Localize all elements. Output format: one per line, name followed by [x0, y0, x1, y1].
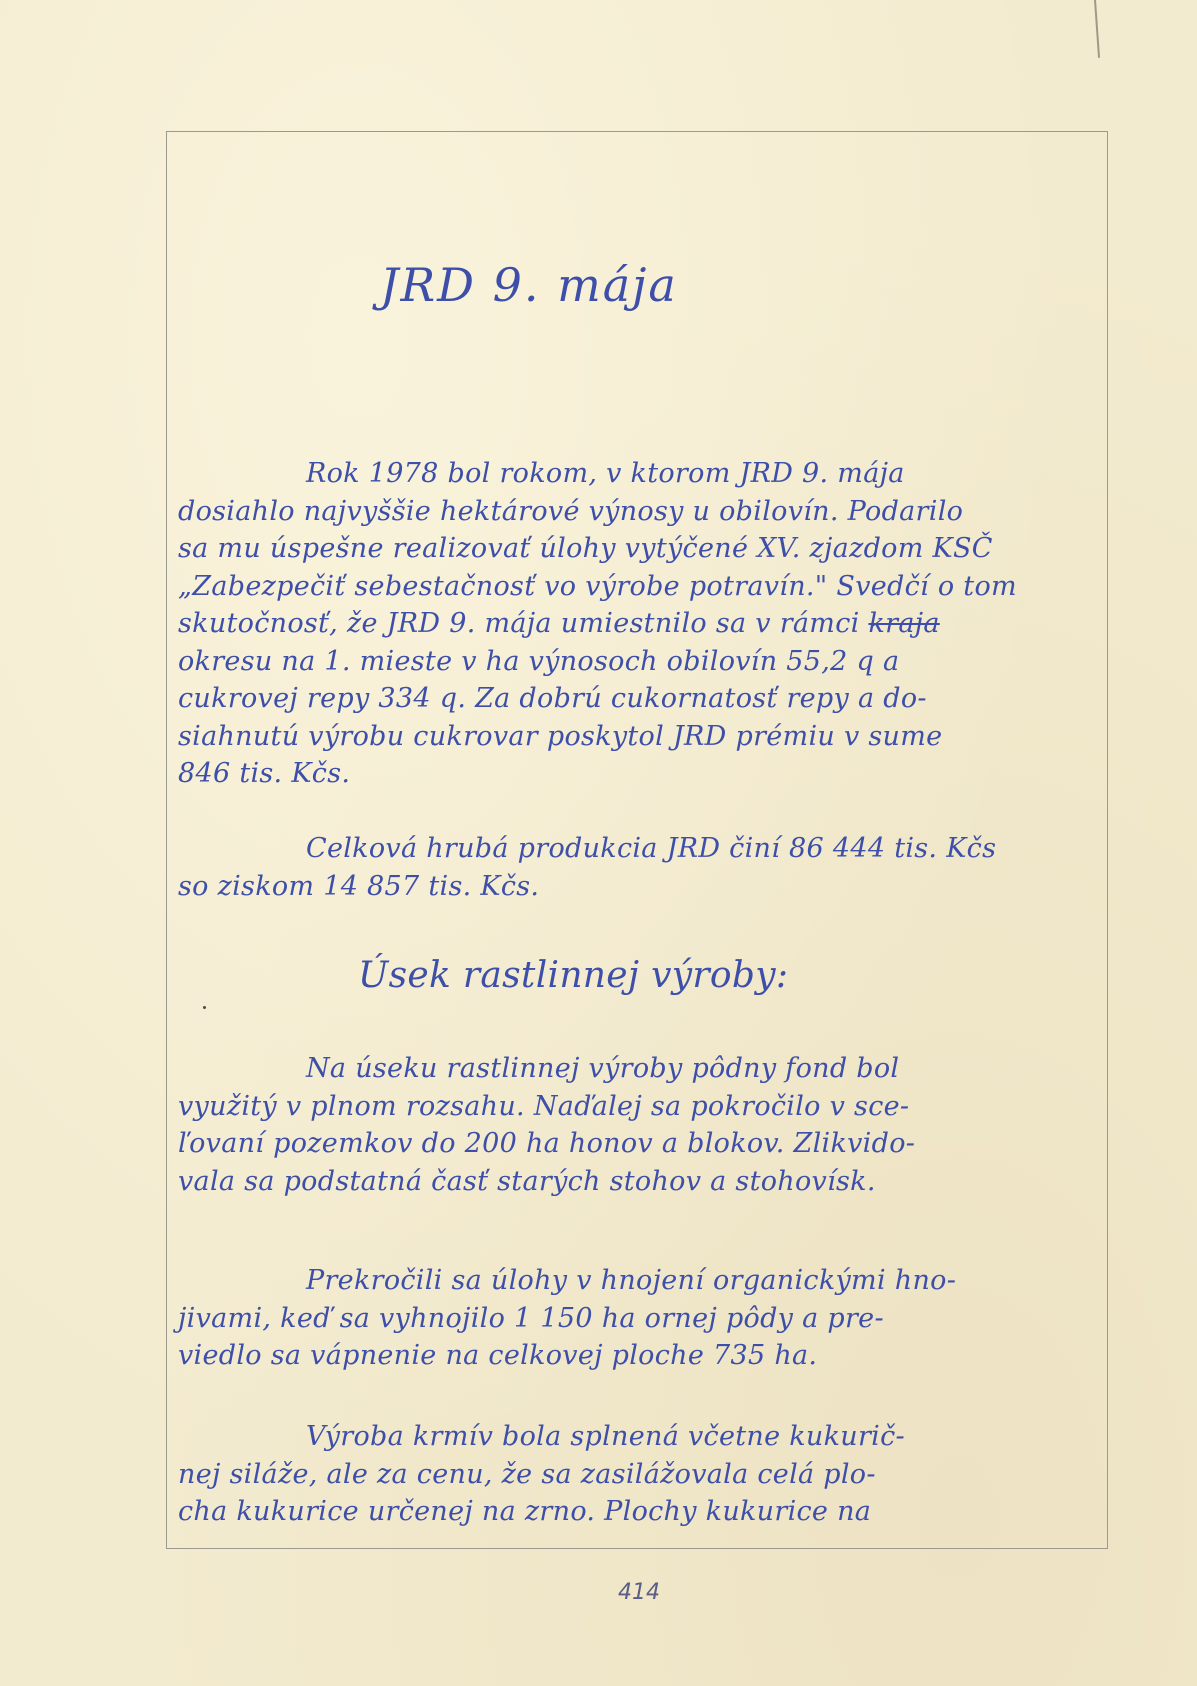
text-line: vala sa podstatná časť starých stohov a … — [178, 1163, 1088, 1201]
section-heading: Úsek rastlinnej výroby: — [358, 955, 788, 996]
text-line: využitý v plnom rozsahu. Naďalej sa pokr… — [178, 1088, 1088, 1126]
paragraph-intro: Rok 1978 bol rokom, v ktorom JRD 9. mája… — [178, 455, 1088, 793]
text-line: siahnutú výrobu cukrovar poskytol JRD pr… — [178, 718, 1088, 756]
text-line: ľovaní pozemkov do 200 ha honov a blokov… — [178, 1125, 1088, 1163]
page-number: 414 — [618, 1580, 660, 1605]
struck-word: kraja — [868, 608, 939, 639]
text-line: „Zabezpečiť sebestačnosť vo výrobe potra… — [178, 568, 1088, 606]
text-line: cukrovej repy 334 q. Za dobrú cukornatos… — [178, 680, 1088, 718]
text-line: 846 tis. Kčs. — [178, 755, 1088, 793]
text-line: so ziskom 14 857 tis. Kčs. — [178, 868, 1088, 906]
text-line: nej siláže, ale za cenu, že sa zasilážov… — [178, 1456, 1088, 1494]
text-line: Výroba krmív bola splnená včetne kukurič… — [178, 1418, 1088, 1456]
text-line: sa mu úspešne realizovať úlohy vytýčené … — [178, 530, 1088, 568]
paragraph-land-fund: Na úseku rastlinnej výroby pôdny fond bo… — [178, 1050, 1088, 1200]
text-line: okresu na 1. mieste v ha výnosoch obilov… — [178, 643, 1088, 681]
paragraph-production: Celková hrubá produkcia JRD činí 86 444 … — [178, 830, 1088, 905]
text-line: viedlo sa vápnenie na celkovej ploche 73… — [178, 1337, 1088, 1375]
text-line: Celková hrubá produkcia JRD činí 86 444 … — [178, 830, 1088, 868]
text-line: cha kukurice určenej na zrno. Plochy kuk… — [178, 1493, 1088, 1531]
text-line: jivami, keď sa vyhnojilo 1 150 ha ornej … — [178, 1300, 1088, 1338]
text-line: dosiahlo najvyššie hektárové výnosy u ob… — [178, 493, 1088, 531]
stray-dot — [203, 1006, 206, 1009]
text-fragment: skutočnosť, že JRD 9. mája umiestnilo sa… — [178, 608, 860, 639]
text-line: skutočnosť, že JRD 9. mája umiestnilo sa… — [178, 605, 1088, 643]
document-title: JRD 9. mája — [380, 258, 678, 312]
text-line: Na úseku rastlinnej výroby pôdny fond bo… — [178, 1050, 1088, 1088]
page-edge-mark — [1094, 0, 1100, 58]
text-line: Prekročili sa úlohy v hnojení organickým… — [178, 1262, 1088, 1300]
text-line: Rok 1978 bol rokom, v ktorom JRD 9. mája — [178, 455, 1088, 493]
paragraph-feed-production: Výroba krmív bola splnená včetne kukurič… — [178, 1418, 1088, 1531]
paragraph-fertilization: Prekročili sa úlohy v hnojení organickým… — [178, 1262, 1088, 1375]
